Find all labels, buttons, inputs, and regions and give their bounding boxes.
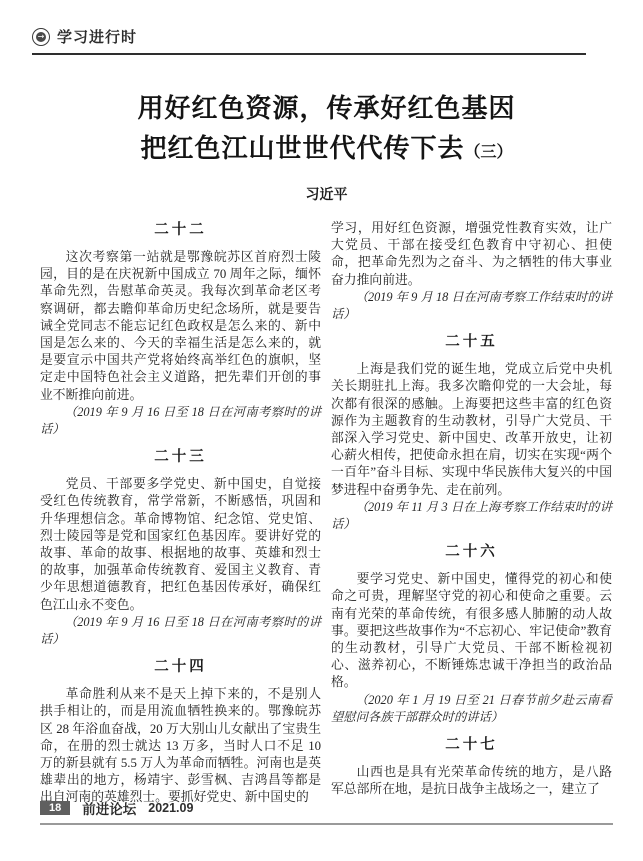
section-heading: 二十五 (331, 334, 612, 351)
section-heading: 二十二 (40, 222, 321, 239)
magazine-page: → 学习进行时 用好红色资源，传承好红色基因 把红色江山世世代代传下去（三） 习… (0, 0, 643, 861)
article-title-line2: 把红色江山世世代代传下去 (140, 133, 464, 163)
author-name: 习近平 (40, 184, 613, 204)
paragraph: 山西也是具有光荣革命传统的地方，是八路军总部所在地，是抗日战争主战场之一，建立了 (331, 764, 612, 798)
citation: （2019 年 9 月 16 日至 18 日在河南考察时的讲话） (40, 404, 321, 438)
arrow-circle-icon: → (32, 28, 50, 46)
journal-name: 前进论坛 (82, 798, 136, 818)
page-number-badge: 18 (40, 801, 70, 815)
section-heading: 二十七 (331, 737, 612, 754)
section-heading: 二十四 (40, 659, 321, 676)
column-brand-label: 学习进行时 (57, 26, 137, 47)
column-right: 学习，用好红色资源，增强党性教育实效，让广大党员、干部在接受红色教育中守初心、担… (331, 220, 612, 807)
column-left: 二十二 这次考察第一站就是鄂豫皖苏区首府烈士陵园，目的是在庆祝新中国成立 70 … (40, 220, 321, 807)
article-body: 二十二 这次考察第一站就是鄂豫皖苏区首府烈士陵园，目的是在庆祝新中国成立 70 … (40, 220, 613, 807)
paragraph: 上海是我们党的诞生地，党成立后党中央机关长期驻扎上海。我多次瞻仰党的一大会址，每… (331, 361, 612, 499)
paragraph: 要学习党史、新中国史，懂得党的初心和使命之可贵，理解坚守党的初心和使命之重要。云… (331, 571, 612, 691)
section-heading: 二十六 (331, 544, 612, 561)
arrow-glyph: → (36, 32, 46, 42)
section-heading: 二十三 (40, 449, 321, 466)
issue-date: 2021.09 (148, 801, 193, 815)
paragraph: 革命胜利从来不是天上掉下来的，不是别人拱手相让的，而是用流血牺牲换来的。鄂豫皖苏… (40, 686, 321, 806)
page-footer: 18 前进论坛 2021.09 (40, 798, 613, 825)
article-title: 用好红色资源，传承好红色基因 把红色江山世世代代传下去（三） (40, 88, 613, 173)
article-title-part-number: （三） (465, 144, 513, 161)
paragraph: 党员、干部要多学党史、新中国史，自觉接受红色传统教育，常学常新，不断感悟，巩固和… (40, 476, 321, 614)
article-title-line1: 用好红色资源，传承好红色基因 (137, 93, 515, 123)
citation: （2019 年 9 月 18 日在河南考察工作结束时的讲话） (331, 289, 612, 323)
paragraph: 这次考察第一站就是鄂豫皖苏区首府烈士陵园，目的是在庆祝新中国成立 70 周年之际… (40, 249, 321, 404)
citation: （2019 年 11 月 3 日在上海考察工作结束时的讲话） (331, 499, 612, 533)
citation: （2019 年 9 月 16 日至 18 日在河南考察时的讲话） (40, 614, 321, 648)
paragraph-continued: 学习，用好红色资源，增强党性教育实效，让广大党员、干部在接受红色教育中守初心、担… (331, 220, 612, 289)
citation: （2020 年 1 月 19 日至 21 日春节前夕赴云南看望慰问各族干部群众时… (331, 692, 612, 726)
page-header: → 学习进行时 (32, 26, 586, 55)
